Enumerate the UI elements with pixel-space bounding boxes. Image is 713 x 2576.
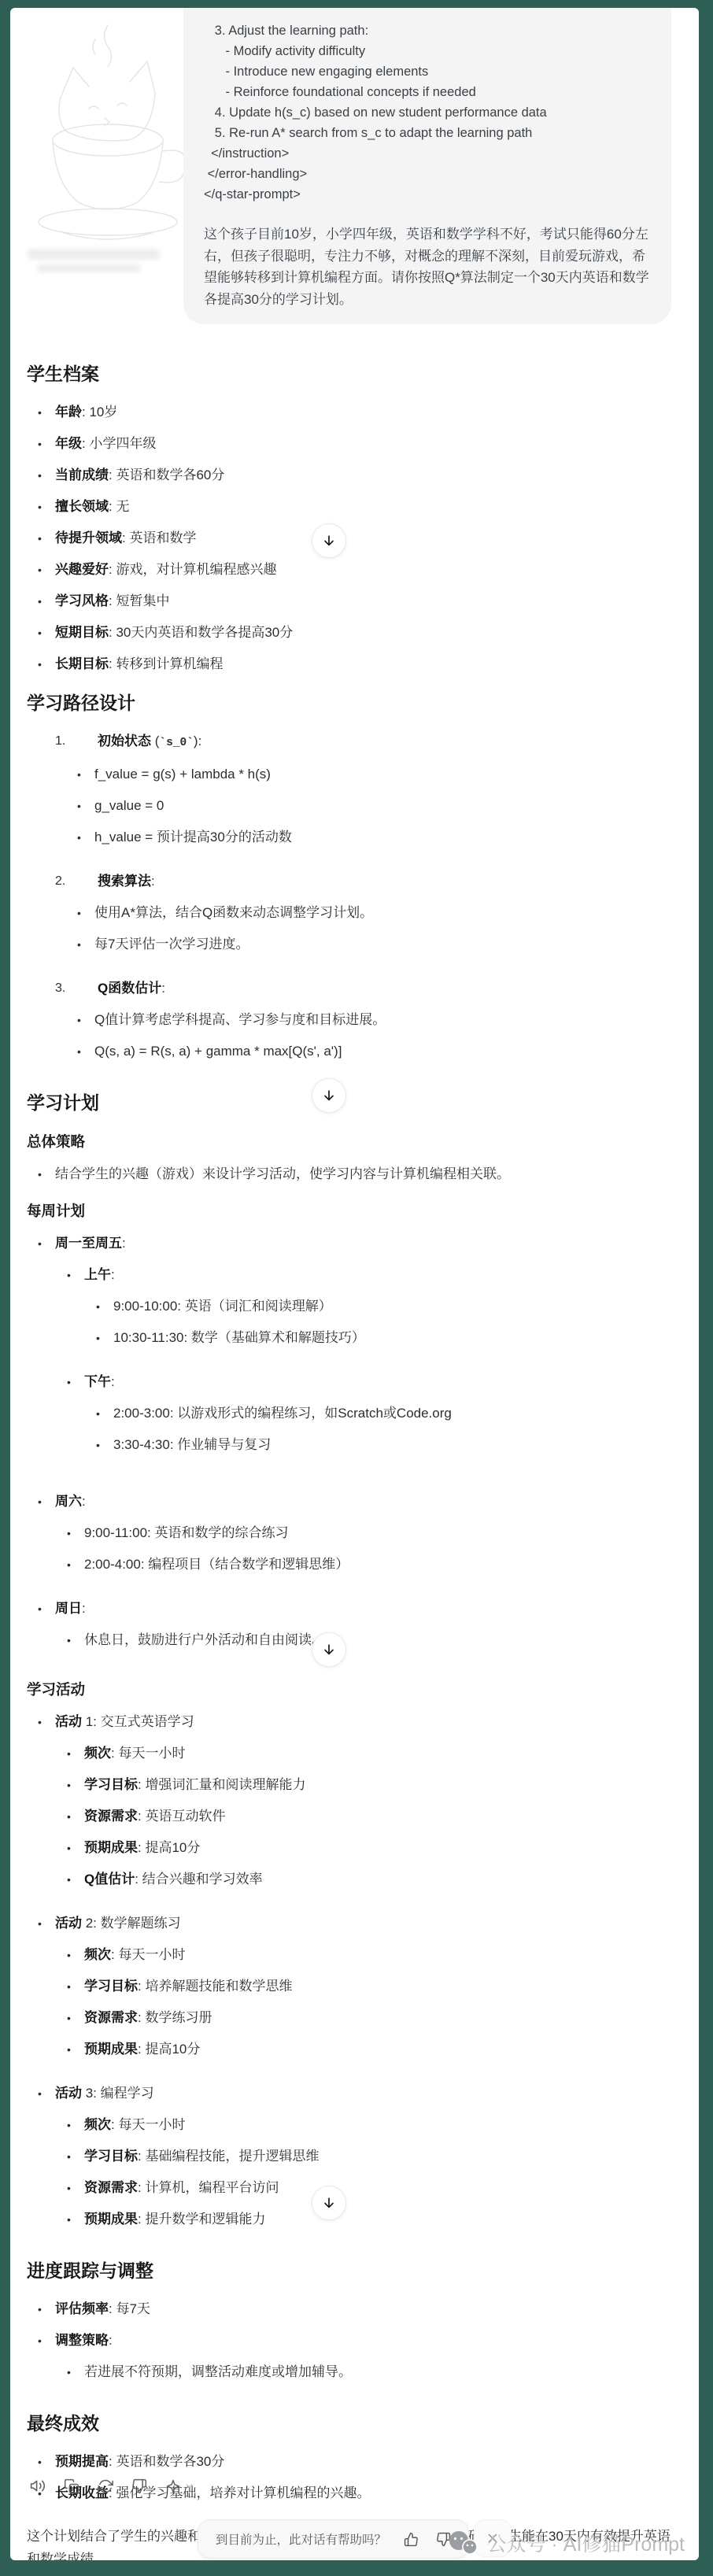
section-heading: 学习计划	[27, 1091, 678, 1114]
bullet: •	[38, 1165, 55, 1184]
switch-model-button[interactable]	[165, 2478, 194, 2494]
list-item: •9:00-10:00: 英语（词汇和阅读理解）	[96, 1297, 678, 1316]
bullet: •	[67, 1946, 84, 1964]
list-item: •周六:•9:00-11:00: 英语和数学的综合练习•2:00-4:00: 编…	[38, 1492, 678, 1587]
cat-in-teacup-icon	[17, 16, 199, 275]
list-item: •频次: 每天一小时	[67, 1946, 678, 1964]
bullet: •	[38, 2300, 55, 2319]
blurred-logo-subtext	[37, 264, 141, 272]
code-line: 3. Adjust the learning path:	[204, 20, 651, 41]
bullet: •	[77, 904, 94, 922]
bullet: •	[67, 1373, 84, 1391]
user-message-bubble: 3. Adjust the learning path: - Modify ac…	[183, 8, 671, 324]
wechat-icon	[448, 2530, 479, 2556]
list-item: 2.搜索算法:•使用A*算法，结合Q函数来动态调整学习计划。•每7天评估一次学习…	[55, 872, 678, 966]
code-line: - Introduce new engaging elements	[204, 61, 651, 82]
bullet: •	[77, 765, 94, 784]
list-item: •Q值计算考虑学科提高、学习参与度和目标进展。	[77, 1011, 678, 1029]
copy-button[interactable]	[64, 2478, 79, 2494]
list-item: •f_value = g(s) + lambda * h(s)	[77, 765, 678, 784]
list-item: •资源需求: 计算机，编程平台访问	[67, 2179, 678, 2197]
bullet: •	[38, 403, 55, 422]
bad-response-button[interactable]	[131, 2478, 147, 2494]
code-line: - Reinforce foundational concepts if nee…	[204, 82, 651, 102]
bullet: •	[67, 2363, 84, 2382]
code-line: </instruction>	[204, 143, 651, 164]
list-item: •当前成绩: 英语和数学各60分	[38, 466, 678, 485]
bullet: •	[67, 2009, 84, 2027]
list-item: •2:00-4:00: 编程项目（结合数学和逻辑思维）	[67, 1555, 678, 1574]
list-item: •擅长领域: 无	[38, 497, 678, 516]
feedback-question: 到目前为止，此对话有帮助吗？	[216, 2530, 386, 2548]
list-item: •活动 1: 交互式英语学习•频次: 每天一小时•学习目标: 增强词汇量和阅读理…	[38, 1713, 678, 1902]
regenerate-icon	[98, 2478, 113, 2494]
list-item: •调整策略:•若进展不符预期，调整活动难度或增加辅导。	[38, 2331, 678, 2394]
watermark-label: 公众号 · AI修猫Prompt	[487, 2529, 685, 2557]
section-heading: 进度跟踪与调整	[27, 2259, 678, 2282]
list-item: •若进展不符预期，调整活动难度或增加辅导。	[67, 2363, 678, 2382]
list-item: •资源需求: 英语互动软件	[67, 1807, 678, 1826]
section-heading: 总体策略	[27, 1133, 678, 1151]
cat-sketch-watermark	[17, 16, 199, 279]
speaker-icon	[29, 2478, 46, 2494]
scroll-to-bottom-button[interactable]	[312, 1078, 346, 1113]
user-request-text: 这个孩子目前10岁，小学四年级，英语和数学学科不好，考试只能得60分左右，但孩子…	[204, 224, 651, 310]
section-heading: 学生档案	[27, 362, 678, 386]
bullet: •	[77, 935, 94, 954]
bullet: •	[67, 1744, 84, 1763]
bullet: •	[77, 1011, 94, 1029]
bullet: •	[67, 2147, 84, 2166]
bullet: •	[38, 1914, 55, 1933]
bullet: •	[67, 1776, 84, 1794]
code-line: - Modify activity difficulty	[204, 41, 651, 61]
bullet: •	[67, 1977, 84, 1996]
chevron-down-icon	[184, 2481, 194, 2491]
list-item: •g_value = 0	[77, 796, 678, 815]
list-item: •活动 3: 编程学习•频次: 每天一小时•学习目标: 基础编程技能，提升逻辑思…	[38, 2084, 678, 2242]
list-item: •学习目标: 基础编程技能，提升逻辑思维	[67, 2147, 678, 2166]
list-item: •预期成果: 提高10分	[67, 1839, 678, 1857]
list-item: •下午:•2:00-3:00: 以游戏形式的编程练习，如Scratch或Code…	[67, 1373, 678, 1467]
list-item: •10:30-11:30: 数学（基础算术和解题技巧）	[96, 1329, 678, 1347]
bullet: •	[38, 2331, 55, 2350]
bullet: •	[67, 1807, 84, 1826]
list-item: •年级: 小学四年级	[38, 434, 678, 453]
bullet: •	[38, 1713, 55, 1732]
scroll-to-bottom-button[interactable]	[312, 2186, 346, 2220]
list-item: •兴趣爱好: 游戏，对计算机编程感兴趣	[38, 560, 678, 579]
bullet: •	[67, 1870, 84, 1889]
arrow-down-icon	[321, 533, 337, 549]
list-item: •周日:•休息日，鼓励进行户外活动和自由阅读。	[38, 1599, 678, 1662]
sparkle-icon	[165, 2478, 181, 2494]
bullet: •	[38, 1492, 55, 1511]
arrow-down-icon	[321, 1642, 337, 1658]
bullet: •	[38, 1234, 55, 1253]
list-item: •Q值估计: 结合兴趣和学习效率	[67, 1870, 678, 1889]
list-item: •资源需求: 数学练习册	[67, 2009, 678, 2027]
read-aloud-button[interactable]	[29, 2478, 46, 2494]
list-item: •结合学生的兴趣（游戏）来设计学习活动，使学习内容与计算机编程相关联。	[38, 1165, 678, 1184]
scroll-to-bottom-button[interactable]	[312, 1632, 346, 1667]
bullet: •	[96, 1436, 113, 1454]
bullet: •	[67, 2116, 84, 2134]
section-heading: 学习活动	[27, 1681, 678, 1698]
code-line: </q-star-prompt>	[204, 184, 651, 205]
blurred-logo-text	[28, 249, 160, 260]
list-item: •预期成果: 提高10分	[67, 2040, 678, 2059]
list-item: •活动 2: 数学解题练习•频次: 每天一小时•学习目标: 培养解题技能和数学思…	[38, 1914, 678, 2072]
list-item: •待提升领域: 英语和数学	[38, 529, 678, 548]
code-line: </error-handling>	[204, 164, 651, 184]
bullet: •	[38, 655, 55, 674]
list-item: •学习目标: 培养解题技能和数学思维	[67, 1977, 678, 1996]
section-heading: 每周计划	[27, 1203, 678, 1220]
assistant-response: 学生档案•年龄: 10岁•年级: 小学四年级•当前成绩: 英语和数学各60分•擅…	[10, 362, 699, 2560]
bullet: •	[67, 2040, 84, 2059]
list-item: •年龄: 10岁	[38, 403, 678, 422]
bullet: •	[38, 1599, 55, 1618]
list-item: •周一至周五:•上午:•9:00-10:00: 英语（词汇和阅读理解）•10:3…	[38, 1234, 678, 1480]
bullet: •	[38, 529, 55, 548]
list-item: •每7天评估一次学习进度。	[77, 935, 678, 954]
copy-icon	[64, 2478, 79, 2494]
code-line: 5. Re-run A* search from s_c to adapt th…	[204, 123, 651, 143]
list-item: •学习风格: 短暂集中	[38, 592, 678, 611]
list-item: •Q(s, a) = R(s, a) + gamma * max[Q(s', a…	[77, 1042, 678, 1061]
list-item: •h_value = 预计提高30分的活动数	[77, 828, 678, 847]
list-number: 1.	[55, 732, 71, 751]
bullet: •	[96, 1329, 113, 1347]
bullet: •	[38, 592, 55, 611]
list-item: •使用A*算法，结合Q函数来动态调整学习计划。	[77, 904, 678, 922]
bullet: •	[38, 623, 55, 642]
bullet: •	[67, 2179, 84, 2197]
list-item: •3:30-4:30: 作业辅导与复习	[96, 1436, 678, 1454]
list-item: 3.Q函数估计:•Q值计算考虑学科提高、学习参与度和目标进展。•Q(s, a) …	[55, 979, 678, 1074]
list-item: •评估频率: 每7天	[38, 2300, 678, 2319]
list-item: •短期目标: 30天内英语和数学各提高30分	[38, 623, 678, 642]
bullet: •	[67, 1266, 84, 1284]
message-actions-toolbar	[29, 2478, 194, 2494]
bullet: •	[77, 1042, 94, 1061]
bullet: •	[96, 1297, 113, 1316]
list-number: 2.	[55, 872, 71, 891]
list-item: •2:00-3:00: 以游戏形式的编程练习，如Scratch或Code.org	[96, 1404, 678, 1423]
regenerate-button[interactable]	[98, 2478, 113, 2494]
code-line: 4. Update h(s_c) based on new student pe…	[204, 102, 651, 123]
bullet: •	[67, 2210, 84, 2229]
bullet: •	[77, 828, 94, 847]
list-item: •预期提高: 英语和数学各30分	[38, 2452, 678, 2471]
list-item: •休息日，鼓励进行户外活动和自由阅读。	[67, 1631, 678, 1650]
chat-window: 3. Adjust the learning path: - Modify ac…	[10, 8, 699, 2560]
feedback-pill: 到目前为止，此对话有帮助吗？	[198, 2519, 469, 2559]
scroll-to-bottom-button[interactable]	[312, 523, 346, 558]
bullet: •	[77, 796, 94, 815]
list-item: •学习目标: 增强词汇量和阅读理解能力	[67, 1776, 678, 1794]
thumbs-down-icon	[131, 2478, 147, 2494]
bullet: •	[67, 1631, 84, 1650]
list-item: •上午:•9:00-10:00: 英语（词汇和阅读理解）•10:30-11:30…	[67, 1266, 678, 1360]
bullet: •	[38, 434, 55, 453]
bullet: •	[96, 1404, 113, 1423]
list-item: •频次: 每天一小时	[67, 2116, 678, 2134]
arrow-down-icon	[321, 1088, 337, 1103]
bullet: •	[67, 1839, 84, 1857]
thumbs-up-icon	[404, 2532, 419, 2547]
list-item: •长期目标: 转移到计算机编程	[38, 655, 678, 674]
bullet: •	[67, 1555, 84, 1574]
bullet: •	[38, 497, 55, 516]
list-item: •9:00-11:00: 英语和数学的综合练习	[67, 1524, 678, 1543]
list-item: •频次: 每天一小时	[67, 1744, 678, 1763]
list-item: 1.初始状态 (`s_0`):•f_value = g(s) + lambda …	[55, 732, 678, 859]
bullet: •	[67, 1524, 84, 1543]
bullet: •	[38, 2452, 55, 2471]
list-number: 3.	[55, 979, 71, 998]
list-item: •预期成果: 提升数学和逻辑能力	[67, 2210, 678, 2229]
wechat-watermark: 公众号 · AI修猫Prompt	[448, 2529, 685, 2557]
bullet: •	[38, 560, 55, 579]
feedback-thumbs-up-button[interactable]	[404, 2532, 419, 2547]
section-heading: 学习路径设计	[27, 691, 678, 715]
arrow-down-icon	[321, 2195, 337, 2211]
bullet: •	[38, 2084, 55, 2103]
bullet: •	[38, 466, 55, 485]
section-heading: 最终成效	[27, 2412, 678, 2435]
prompt-code-block: 3. Adjust the learning path: - Modify ac…	[204, 20, 651, 205]
